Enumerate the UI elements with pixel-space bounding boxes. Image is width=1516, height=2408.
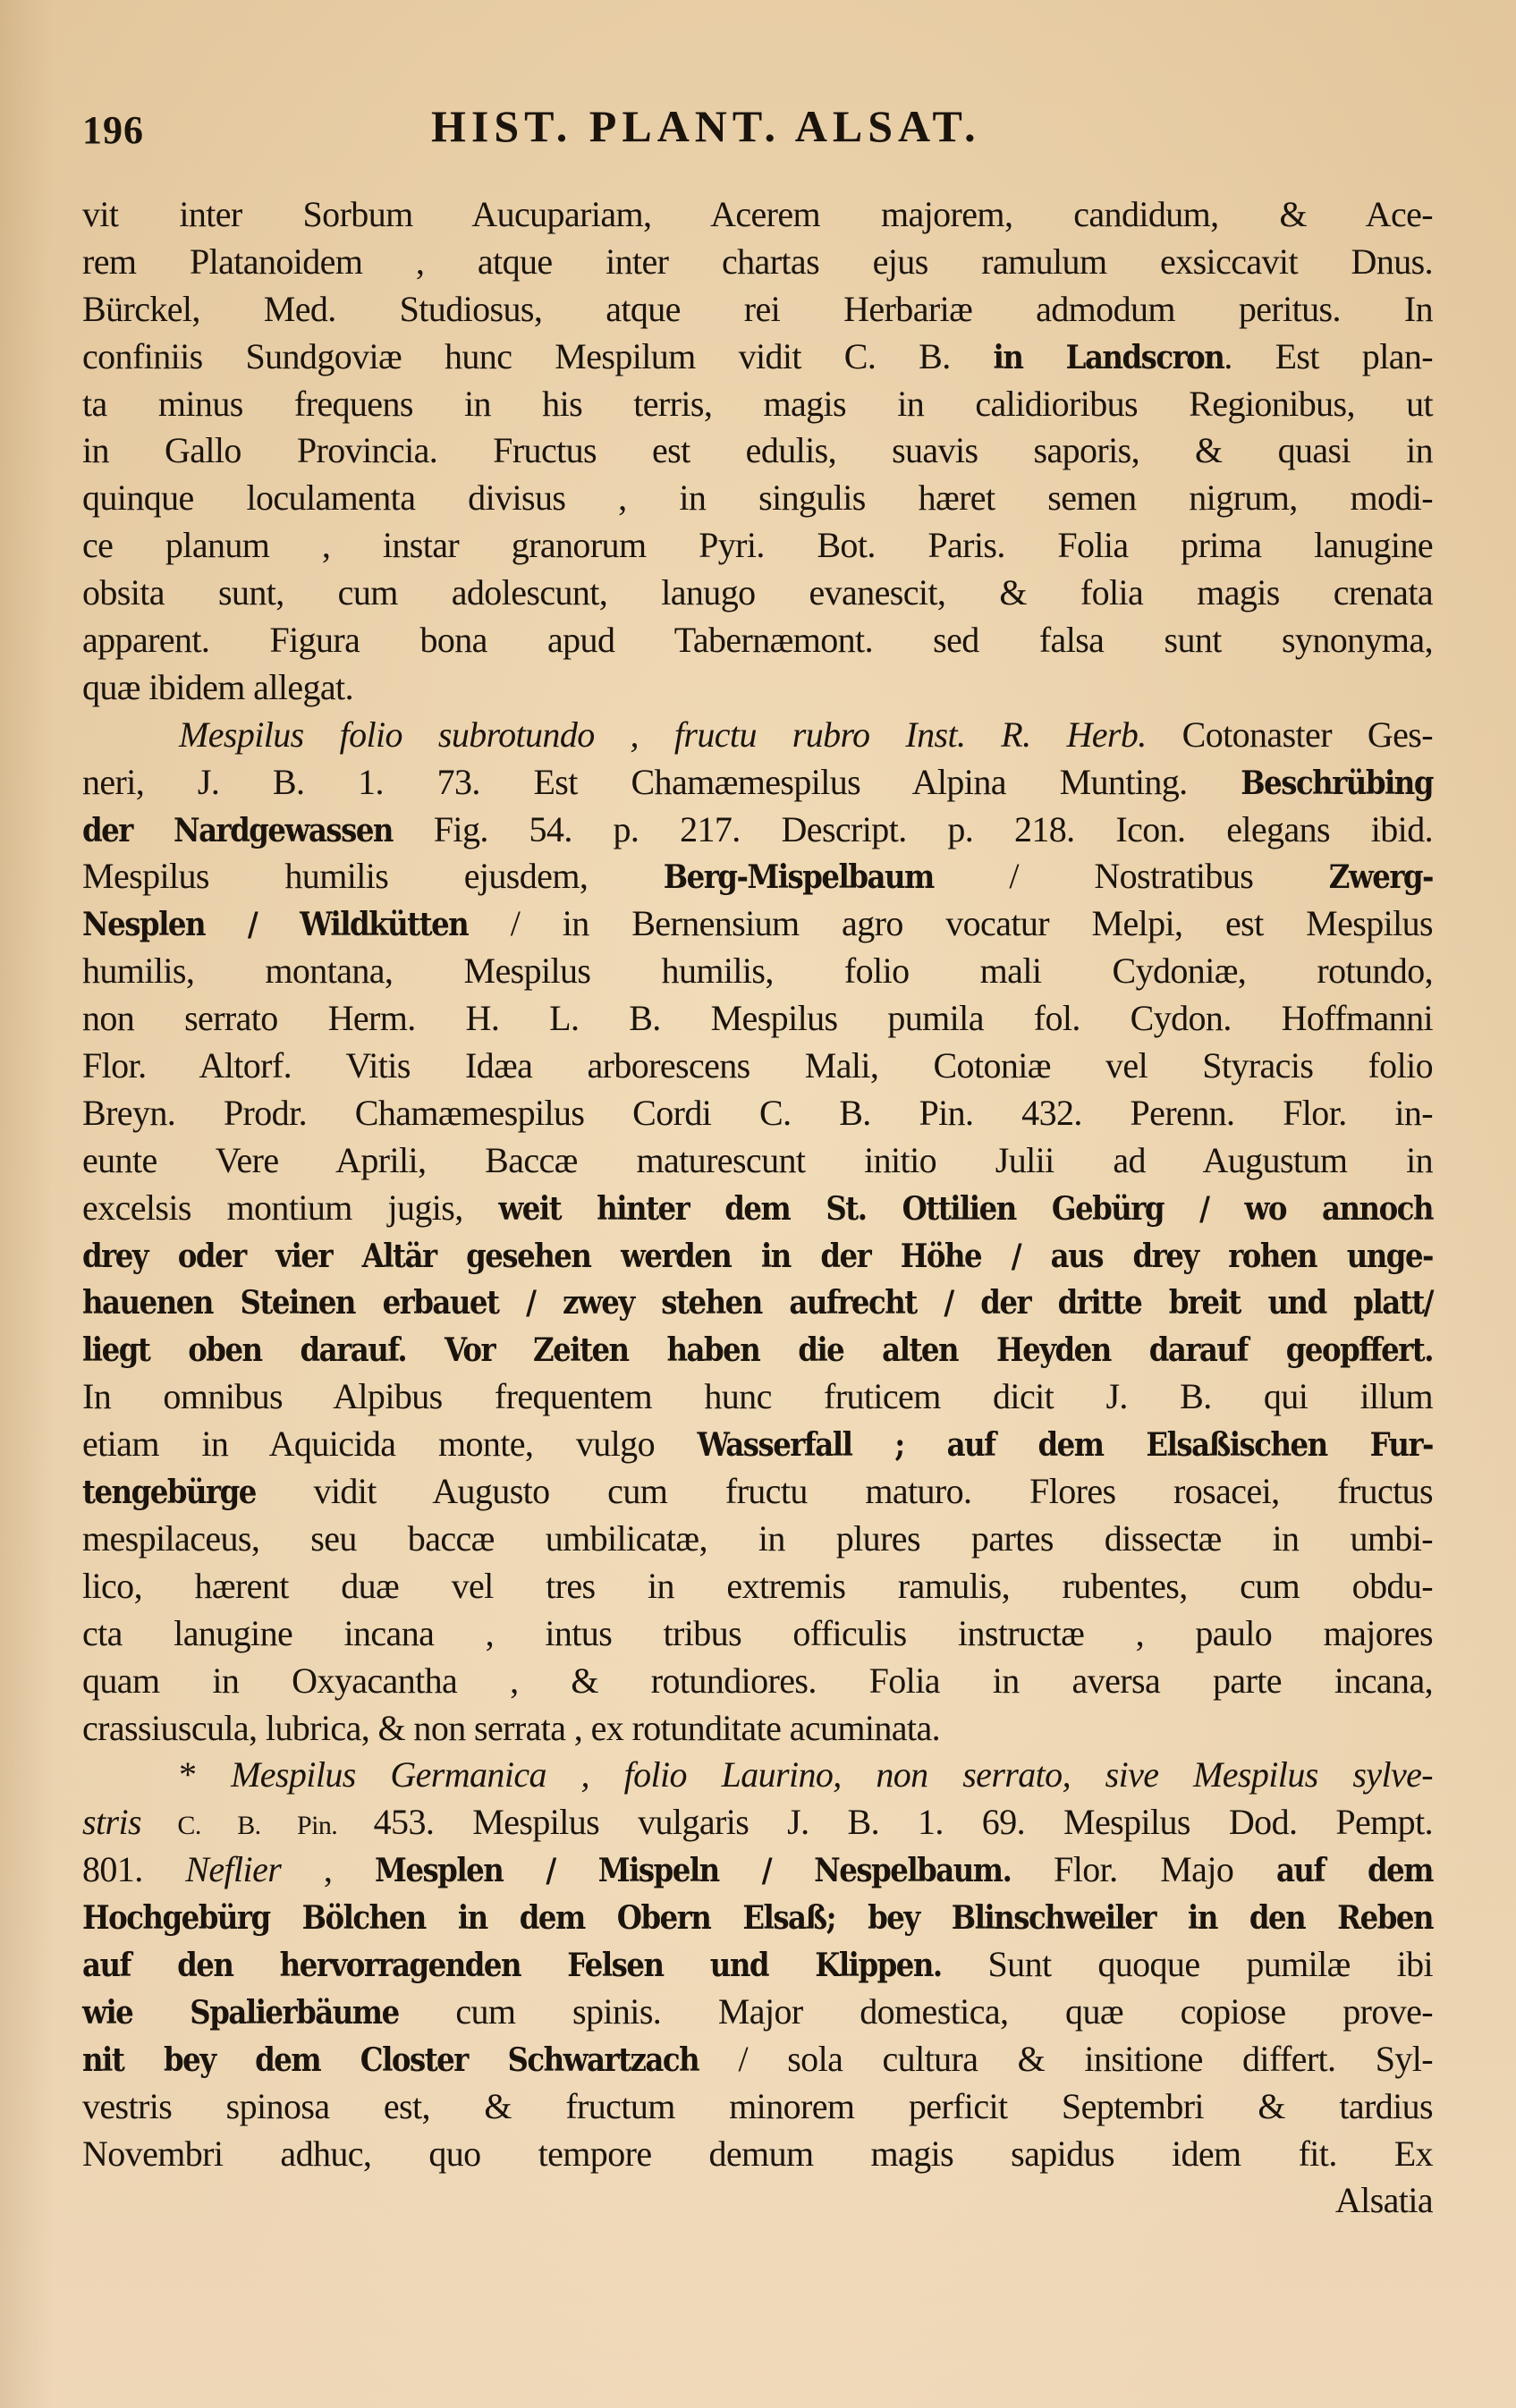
text-segment: cum spinis. Major domestica, quæ copiose… bbox=[399, 1991, 1433, 2032]
text-segment: Novembri adhuc, quo tempore demum magis … bbox=[82, 2133, 1433, 2174]
fraktur-text: auf dem bbox=[1276, 1852, 1433, 1889]
text-segment: non serrato Herm. H. L. B. Mespilus pumi… bbox=[82, 998, 1433, 1038]
fraktur-text: Berg-Mispelbaum bbox=[664, 858, 934, 896]
text-line: liegt oben darauf. Vor Zeiten haben die … bbox=[82, 1326, 1433, 1373]
text-segment: C. B. Pin. bbox=[141, 1811, 374, 1840]
running-title: HIST. PLANT. ALSAT. bbox=[431, 100, 981, 152]
fraktur-text: Zwerg- bbox=[1329, 858, 1433, 896]
text-line: Novembri adhuc, quo tempore demum magis … bbox=[82, 2131, 1433, 2178]
text-line: ce planum , instar granorum Pyri. Bot. P… bbox=[82, 522, 1433, 570]
text-line: quæ ibidem allegat. bbox=[82, 664, 1433, 712]
text-line: quam in Oxyacantha , & rotundiores. Foli… bbox=[82, 1658, 1433, 1705]
text-segment: vidit Augusto cum fructu maturo. Flores … bbox=[256, 1471, 1433, 1511]
text-segment: confiniis Sundgoviæ hunc Mespilum vidit … bbox=[82, 336, 994, 376]
text-segment: 801. bbox=[82, 1849, 185, 1889]
text-line: obsita sunt, cum adolescunt, lanugo evan… bbox=[82, 570, 1433, 617]
text-segment: humilis, montana, Mespilus humilis, foli… bbox=[82, 951, 1433, 991]
text-line: ta minus frequens in his terris, magis i… bbox=[82, 381, 1433, 428]
text-segment: Mespilus humilis ejusdem, bbox=[82, 856, 664, 896]
text-segment: obsita sunt, cum adolescunt, lanugo evan… bbox=[82, 572, 1433, 613]
text-segment: ce planum , instar granorum Pyri. Bot. P… bbox=[82, 525, 1433, 565]
fraktur-text: Hochgebürg Bölchen in dem Obern Elsaß; b… bbox=[82, 1899, 1433, 1937]
text-line: vit inter Sorbum Aucupariam, Acerem majo… bbox=[82, 191, 1433, 239]
text-line: nit bey dem Closter Schwartzach / sola c… bbox=[82, 2036, 1433, 2083]
text-line: 801. Neflier , Mesplen / Mispeln / Nespe… bbox=[82, 1846, 1433, 1894]
fraktur-text: der Nardgewassen bbox=[82, 812, 393, 849]
text-segment: apparent. Figura bona apud Tabernæmont. … bbox=[82, 620, 1433, 660]
text-line: der Nardgewassen Fig. 54. p. 217. Descri… bbox=[82, 807, 1433, 854]
fraktur-text: nit bey dem Closter Schwartzach bbox=[82, 2041, 699, 2079]
text-line: etiam in Aquicida monte, vulgo Wasserfal… bbox=[82, 1421, 1433, 1468]
text-segment: Cotonaster Ges- bbox=[1147, 714, 1433, 755]
text-line: hauenen Steinen erbauet / zwey stehen au… bbox=[82, 1279, 1433, 1326]
fraktur-text: wie Spalierbäume bbox=[82, 1994, 399, 2032]
text-line: Mespilus folio subrotundo , fructu rubro… bbox=[82, 712, 1433, 759]
text-segment: neri, J. B. 1. 73. Est Chamæmespilus Alp… bbox=[82, 762, 1241, 802]
text-segment: excelsis montium jugis, bbox=[82, 1187, 498, 1228]
text-segment: cta lanugine incana , intus tribus offic… bbox=[82, 1613, 1433, 1653]
text-line: quinque loculamenta divisus , in singuli… bbox=[82, 475, 1433, 522]
fraktur-text: Mesplen / Mispeln / Nespelbaum. bbox=[375, 1852, 1011, 1889]
text-line: non serrato Herm. H. L. B. Mespilus pumi… bbox=[82, 995, 1433, 1043]
text-line: lico, hærent duæ vel tres in extremis ra… bbox=[82, 1563, 1433, 1610]
text-segment: vestris spinosa est, & fructum minorem p… bbox=[82, 2086, 1433, 2126]
page-header: 196 HIST. PLANT. ALSAT. bbox=[82, 100, 1433, 163]
text-line: wie Spalierbäume cum spinis. Major domes… bbox=[82, 1989, 1433, 2036]
text-segment: ta minus frequens in his terris, magis i… bbox=[82, 384, 1433, 424]
text-line: auf den hervorragenden Felsen und Klippe… bbox=[82, 1941, 1433, 1989]
text-segment: In omnibus Alpibus frequentem hunc fruti… bbox=[82, 1376, 1433, 1416]
fraktur-text: drey oder vier Altär gesehen werden in d… bbox=[82, 1238, 1433, 1275]
text-segment: etiam in Aquicida monte, vulgo bbox=[82, 1424, 698, 1464]
italic-text: Neflier bbox=[185, 1849, 281, 1889]
text-segment: . Est plan- bbox=[1224, 336, 1433, 376]
text-line: Flor. Altorf. Vitis Idæa arborescens Mal… bbox=[82, 1043, 1433, 1090]
italic-text: Mespilus folio subrotundo , fructu rubro… bbox=[179, 714, 1147, 755]
fraktur-text: Wasserfall ; auf dem Elsaßischen Fur- bbox=[698, 1426, 1434, 1464]
text-segment: Alsatia bbox=[1335, 2180, 1433, 2220]
text-line: rem Platanoidem , atque inter chartas ej… bbox=[82, 239, 1433, 286]
text-segment: Fig. 54. p. 217. Descript. p. 218. Icon.… bbox=[393, 809, 1433, 849]
text-line: mespilaceus, seu baccæ umbilicatæ, in pl… bbox=[82, 1516, 1433, 1563]
text-segment: eunte Vere Aprili, Baccæ maturescunt ini… bbox=[82, 1140, 1433, 1180]
text-segment: / sola cultura & insitione differt. Syl- bbox=[699, 2039, 1433, 2079]
text-line: stris C. B. Pin. 453. Mespilus vulgaris … bbox=[82, 1799, 1433, 1846]
text-line: vestris spinosa est, & fructum minorem p… bbox=[82, 2083, 1433, 2131]
text-segment: quæ ibidem allegat. bbox=[82, 667, 353, 707]
italic-text: Mespilus Germanica , folio Laurino, non … bbox=[231, 1754, 1433, 1795]
text-segment: , bbox=[281, 1849, 375, 1889]
text-line: cta lanugine incana , intus tribus offic… bbox=[82, 1610, 1433, 1658]
fraktur-text: auf den hervorragenden Felsen und Klippe… bbox=[82, 1947, 942, 1984]
text-segment: Sunt quoque pumilæ ibi bbox=[942, 1944, 1433, 1984]
text-line: neri, J. B. 1. 73. Est Chamæmespilus Alp… bbox=[82, 759, 1433, 807]
text-line: Breyn. Prodr. Chamæmespilus Cordi C. B. … bbox=[82, 1090, 1433, 1137]
text-segment: vit inter Sorbum Aucupariam, Acerem majo… bbox=[82, 194, 1433, 234]
text-line: * Mespilus Germanica , folio Laurino, no… bbox=[82, 1752, 1433, 1799]
fraktur-text: weit hinter dem St. Ottilien Gebürg / wo… bbox=[498, 1190, 1433, 1228]
text-line: tengebürge vidit Augusto cum fructu matu… bbox=[82, 1468, 1433, 1516]
fraktur-text: tengebürge bbox=[82, 1474, 256, 1511]
text-line: crassiuscula, lubrica, & non serrata , e… bbox=[82, 1705, 1433, 1753]
text-line: Alsatia bbox=[82, 2177, 1433, 2225]
text-segment: * bbox=[179, 1754, 231, 1795]
text-line: Hochgebürg Bölchen in dem Obern Elsaß; b… bbox=[82, 1894, 1433, 1941]
text-segment: in Gallo Provincia. Fructus est edulis, … bbox=[82, 430, 1433, 470]
fraktur-text: hauenen Steinen erbauet / zwey stehen au… bbox=[82, 1284, 1433, 1322]
text-segment: lico, hærent duæ vel tres in extremis ra… bbox=[82, 1566, 1433, 1606]
text-line: Mespilus humilis ejusdem, Berg-Mispelbau… bbox=[82, 853, 1433, 900]
text-line: humilis, montana, Mespilus humilis, foli… bbox=[82, 948, 1433, 995]
text-line: confiniis Sundgoviæ hunc Mespilum vidit … bbox=[82, 334, 1433, 381]
page-number: 196 bbox=[82, 107, 144, 153]
text-segment: Breyn. Prodr. Chamæmespilus Cordi C. B. … bbox=[82, 1093, 1433, 1133]
text-line: in Gallo Provincia. Fructus est edulis, … bbox=[82, 427, 1433, 475]
text-segment: rem Platanoidem , atque inter chartas ej… bbox=[82, 241, 1433, 282]
text-segment: Flor. Majo bbox=[1011, 1849, 1276, 1889]
body-text: vit inter Sorbum Aucupariam, Acerem majo… bbox=[82, 191, 1433, 2225]
text-segment: quinque loculamenta divisus , in singuli… bbox=[82, 477, 1433, 518]
italic-text: stris bbox=[82, 1802, 141, 1842]
text-line: Bürckel, Med. Studiosus, atque rei Herba… bbox=[82, 286, 1433, 334]
text-segment: / Nostratibus bbox=[934, 856, 1329, 896]
text-segment: quam in Oxyacantha , & rotundiores. Foli… bbox=[82, 1660, 1433, 1701]
fraktur-text: in Landscron bbox=[994, 339, 1224, 376]
page-gutter-shadow bbox=[0, 0, 54, 2408]
fraktur-text: Beschrübing bbox=[1241, 765, 1433, 802]
fraktur-text: Nesplen / Wildkütten bbox=[82, 906, 468, 943]
text-segment: crassiuscula, lubrica, & non serrata , e… bbox=[82, 1708, 940, 1748]
text-segment: mespilaceus, seu baccæ umbilicatæ, in pl… bbox=[82, 1518, 1433, 1559]
text-line: drey oder vier Altär gesehen werden in d… bbox=[82, 1232, 1433, 1280]
text-segment: Flor. Altorf. Vitis Idæa arborescens Mal… bbox=[82, 1045, 1433, 1086]
text-segment: Bürckel, Med. Studiosus, atque rei Herba… bbox=[82, 289, 1433, 329]
text-line: Nesplen / Wildkütten / in Bernensium agr… bbox=[82, 900, 1433, 948]
fraktur-text: liegt oben darauf. Vor Zeiten haben die … bbox=[82, 1331, 1433, 1369]
text-line: eunte Vere Aprili, Baccæ maturescunt ini… bbox=[82, 1137, 1433, 1185]
text-line: apparent. Figura bona apud Tabernæmont. … bbox=[82, 617, 1433, 664]
text-line: excelsis montium jugis, weit hinter dem … bbox=[82, 1185, 1433, 1232]
text-segment: 453. Mespilus vulgaris J. B. 1. 69. Mesp… bbox=[374, 1802, 1433, 1842]
text-line: In omnibus Alpibus frequentem hunc fruti… bbox=[82, 1373, 1433, 1421]
text-segment: / in Bernensium agro vocatur Melpi, est … bbox=[468, 903, 1433, 943]
